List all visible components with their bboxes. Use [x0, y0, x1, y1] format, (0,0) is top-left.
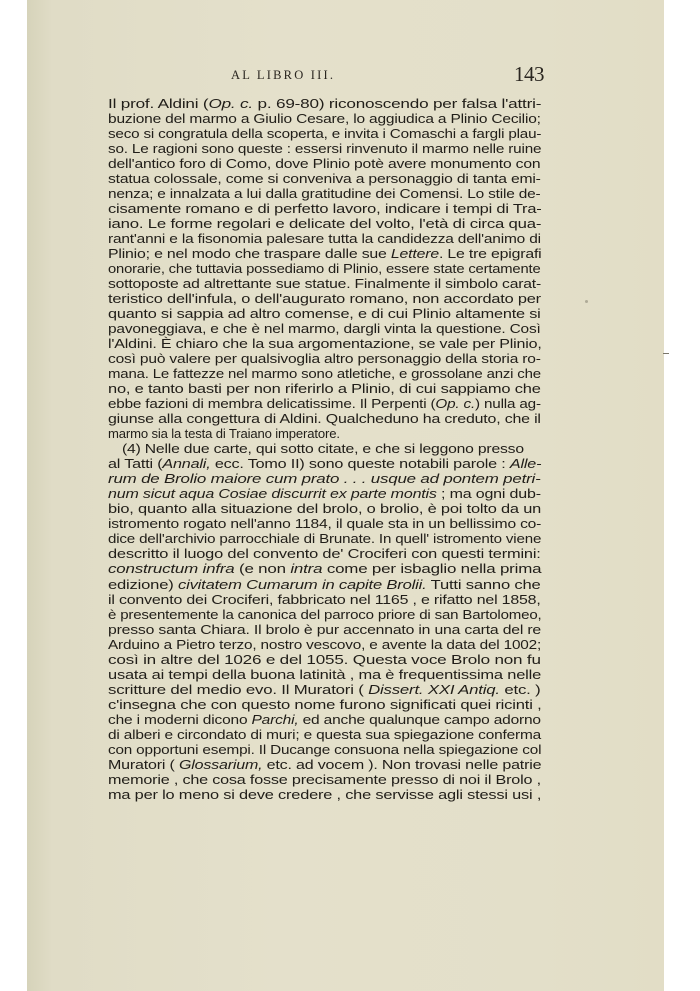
text-line: iano. Le forme regolari e delicate del v…: [108, 216, 541, 231]
text-line: con opportuni esempi. Il Ducange consuon…: [108, 742, 541, 757]
text-line: presso santa Chiara. Il brolo è pur acce…: [108, 622, 541, 637]
text-line: così può valere per qualsivoglia altro p…: [108, 351, 541, 366]
text-line: cisamente romano e di perfetto lavoro, i…: [108, 201, 541, 216]
footnote-start-line: (4) Nelle due carte, qui sotto citate, e…: [122, 441, 541, 456]
margin-mark: [663, 353, 669, 354]
text-line: nenza; e innalzata a lui dalla gratitudi…: [108, 186, 541, 201]
text-line: ebbe fazioni di membra delicatissime. Il…: [108, 396, 541, 411]
book-page: AL LIBRO III. 143 Il prof. Aldini (Op. c…: [27, 0, 664, 991]
text-line: memorie , che cosa fosse precisamente pr…: [108, 772, 541, 787]
text-line: sottoposte ad altrettante sue statue. Fi…: [108, 276, 541, 291]
text-line: ma per lo meno si deve credere , che ser…: [108, 787, 541, 802]
text-line: c'insegna che con questo nome furono sig…: [108, 697, 541, 712]
running-head-title: AL LIBRO III.: [231, 68, 335, 83]
text-line: statua colossale, come si conveniva a pe…: [108, 171, 541, 186]
text-line: Il prof. Aldini (Op. c. p. 69-80) ricono…: [108, 96, 541, 111]
text-line: mana. Le fattezze nel marmo sono atletic…: [108, 366, 541, 381]
text-line: rum de Brolio maiore cum prato . . . usq…: [108, 471, 541, 486]
text-line: seco si congratula della scoperta, e inv…: [108, 126, 541, 141]
text-line: giunse alla congettura di Aldini. Qualch…: [108, 411, 541, 426]
text-line: marmo sia la testa di Traiano imperatore…: [108, 426, 340, 441]
text-line: so. Le ragioni sono queste : essersi rin…: [108, 141, 541, 156]
body-text: Il prof. Aldini (Op. c. p. 69-80) ricono…: [108, 96, 541, 802]
text-line: num sicut aqua Cosiae discurrit ex parte…: [108, 486, 541, 501]
text-line: così in altre del 1026 e del 1055. Quest…: [108, 652, 541, 667]
text-line: usata ai tempi della buona latinità , ma…: [108, 667, 541, 682]
text-line: no, e tanto basti per non riferirlo a Pl…: [108, 381, 541, 396]
text-line: pavoneggiava, e che è nel marmo, dargli …: [108, 321, 541, 336]
text-line: quanto si sappia ad altro comense, e di …: [108, 306, 541, 321]
text-line: buzione del marmo a Giulio Cesare, lo ag…: [108, 111, 541, 126]
text-line: Plinio; e nel modo che traspare dalle su…: [108, 246, 541, 261]
text-line: edizione) civitatem Cumarum in capite Br…: [108, 577, 541, 592]
text-line: l'Aldini. È chiaro che la sua argomentaz…: [108, 336, 541, 351]
running-head: AL LIBRO III. 143: [27, 68, 664, 88]
text-line: rant'anni e la fisonomia palesare tutta …: [108, 231, 541, 246]
text-line: al Tatti (Annali, ecc. Tomo II) sono que…: [108, 456, 541, 471]
text-line: scritture del medio evo. Il Muratori ( D…: [108, 682, 541, 697]
text-line: istromento rogato nell'anno 1184, il qua…: [108, 516, 541, 531]
text-line: Muratori ( Glossarium, etc. ad vocem ). …: [108, 757, 541, 772]
text-line: descritto il luogo del convento de' Croc…: [108, 546, 541, 561]
text-line: dell'antico foro di Como, dove Plinio po…: [108, 156, 541, 171]
text-line: il convento dei Crociferi, fabbricato ne…: [108, 592, 541, 607]
text-line: constructum infra (e non intra come per …: [108, 561, 541, 576]
text-line: è presentemente la canonica del parroco …: [108, 607, 541, 622]
text-line: che i moderni dicono Parchi, ed anche qu…: [108, 712, 541, 727]
paper-speck: [585, 300, 588, 303]
text-line: onorarie, che tuttavia possediamo di Pli…: [108, 261, 541, 276]
text-line: teristico dell'infula, o dell'augurato r…: [108, 291, 541, 306]
text-line: bio, quanto alla situazione del brolo, o…: [108, 501, 541, 516]
text-line: Arduino a Pietro terzo, nostro vescovo, …: [108, 637, 541, 652]
page-number: 143: [514, 62, 544, 87]
text-line: di alberi e circondato di muri; e questa…: [108, 727, 541, 742]
text-line: dice dell'archivio parrocchiale di Bruna…: [108, 531, 541, 546]
